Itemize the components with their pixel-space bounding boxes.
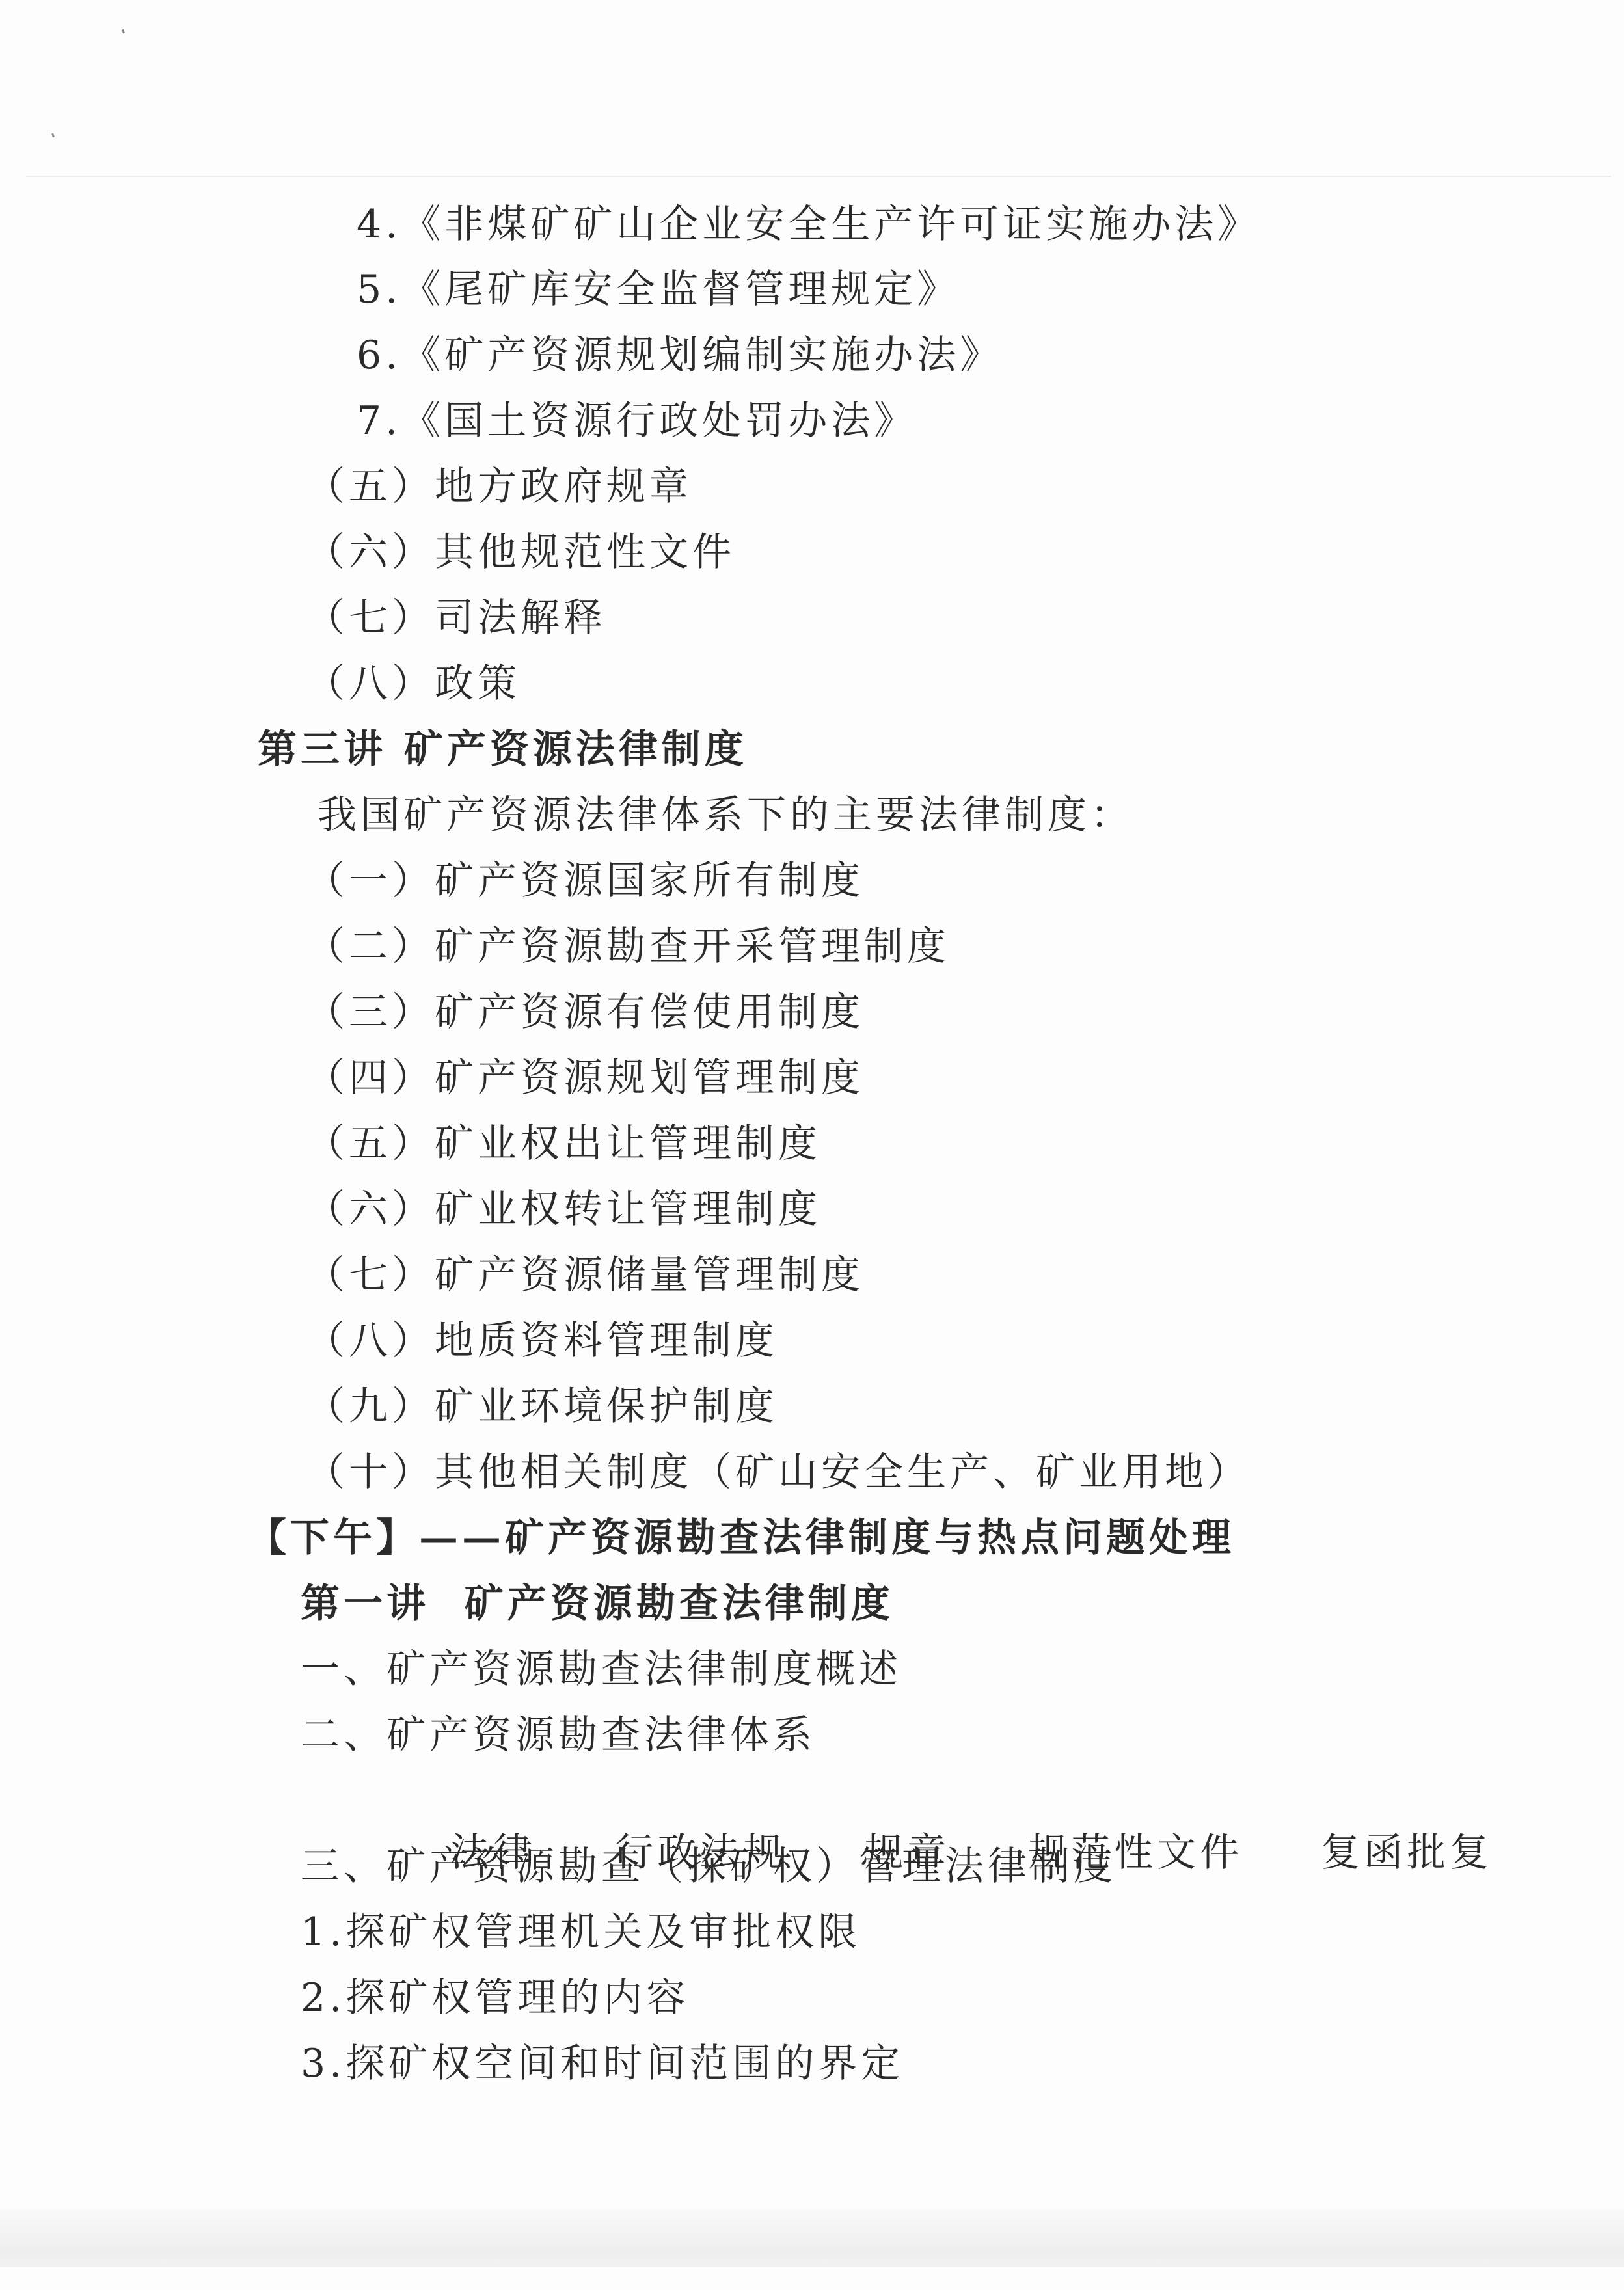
subsection-exploration-rights: 三、矿产资源勘查（探矿权）管理法律制度 <box>301 1840 1116 1893</box>
section-local-rules: （五）地方政府规章 <box>306 461 692 513</box>
system-item: （七）矿产资源储量管理制度 <box>306 1249 864 1301</box>
system-item: （三）矿产资源有偿使用制度 <box>306 986 864 1038</box>
list-item-law-4: 4.《非煤矿矿山企业安全生产许可证实施办法》 <box>357 198 1260 250</box>
section-policy: （八）政策 <box>306 658 521 710</box>
section-other-normative-docs: （六）其他规范性文件 <box>306 526 735 578</box>
lecture-3-intro: 我国矿产资源法律体系下的主要法律制度： <box>318 789 1133 841</box>
list-item-law-5: 5.《尾矿库安全监督管理规定》 <box>357 263 960 316</box>
scan-speck <box>51 133 55 138</box>
scan-speck <box>122 29 125 34</box>
subsection-overview: 一、矿产资源勘查法律制度概述 <box>301 1643 902 1695</box>
point-1: 1.探矿权管理机关及审批权限 <box>301 1906 861 1958</box>
system-item: （四）矿产资源规划管理制度 <box>306 1052 864 1104</box>
system-item: （五）矿业权出让管理制度 <box>306 1118 821 1170</box>
list-item-law-6: 6.《矿产资源规划编制实施办法》 <box>357 329 1003 381</box>
lecture-3-heading: 第三讲 矿产资源法律制度 <box>258 723 748 775</box>
scan-edge-top <box>26 176 1611 177</box>
system-item: （六）矿业权转让管理制度 <box>306 1183 821 1235</box>
legal-system-item: 复函批复 <box>1321 1827 1493 1879</box>
system-item: （十）其他相关制度（矿山安全生产、矿业用地） <box>306 1446 1251 1498</box>
system-item: （八）地质资料管理制度 <box>306 1315 778 1367</box>
list-item-law-7: 7.《国土资源行政处罚办法》 <box>357 395 917 447</box>
afternoon-session-heading: 【下午】——矿产资源勘查法律制度与热点问题处理 <box>247 1512 1235 1564</box>
scan-edge-bottom <box>0 2209 1624 2267</box>
system-item: （二）矿产资源勘查开采管理制度 <box>306 921 950 973</box>
system-item: （一）矿产资源国家所有制度 <box>306 855 864 907</box>
point-2: 2.探矿权管理的内容 <box>301 1972 689 2024</box>
lecture-1-heading: 第一讲 矿产资源勘查法律制度 <box>301 1578 894 1630</box>
subsection-legal-system: 二、矿产资源勘查法律体系 <box>301 1709 816 1761</box>
point-3: 3.探矿权空间和时间范围的界定 <box>301 2038 904 2090</box>
system-item: （九）矿业环境保护制度 <box>306 1381 778 1433</box>
section-judicial-interpretation: （七）司法解释 <box>306 592 606 644</box>
